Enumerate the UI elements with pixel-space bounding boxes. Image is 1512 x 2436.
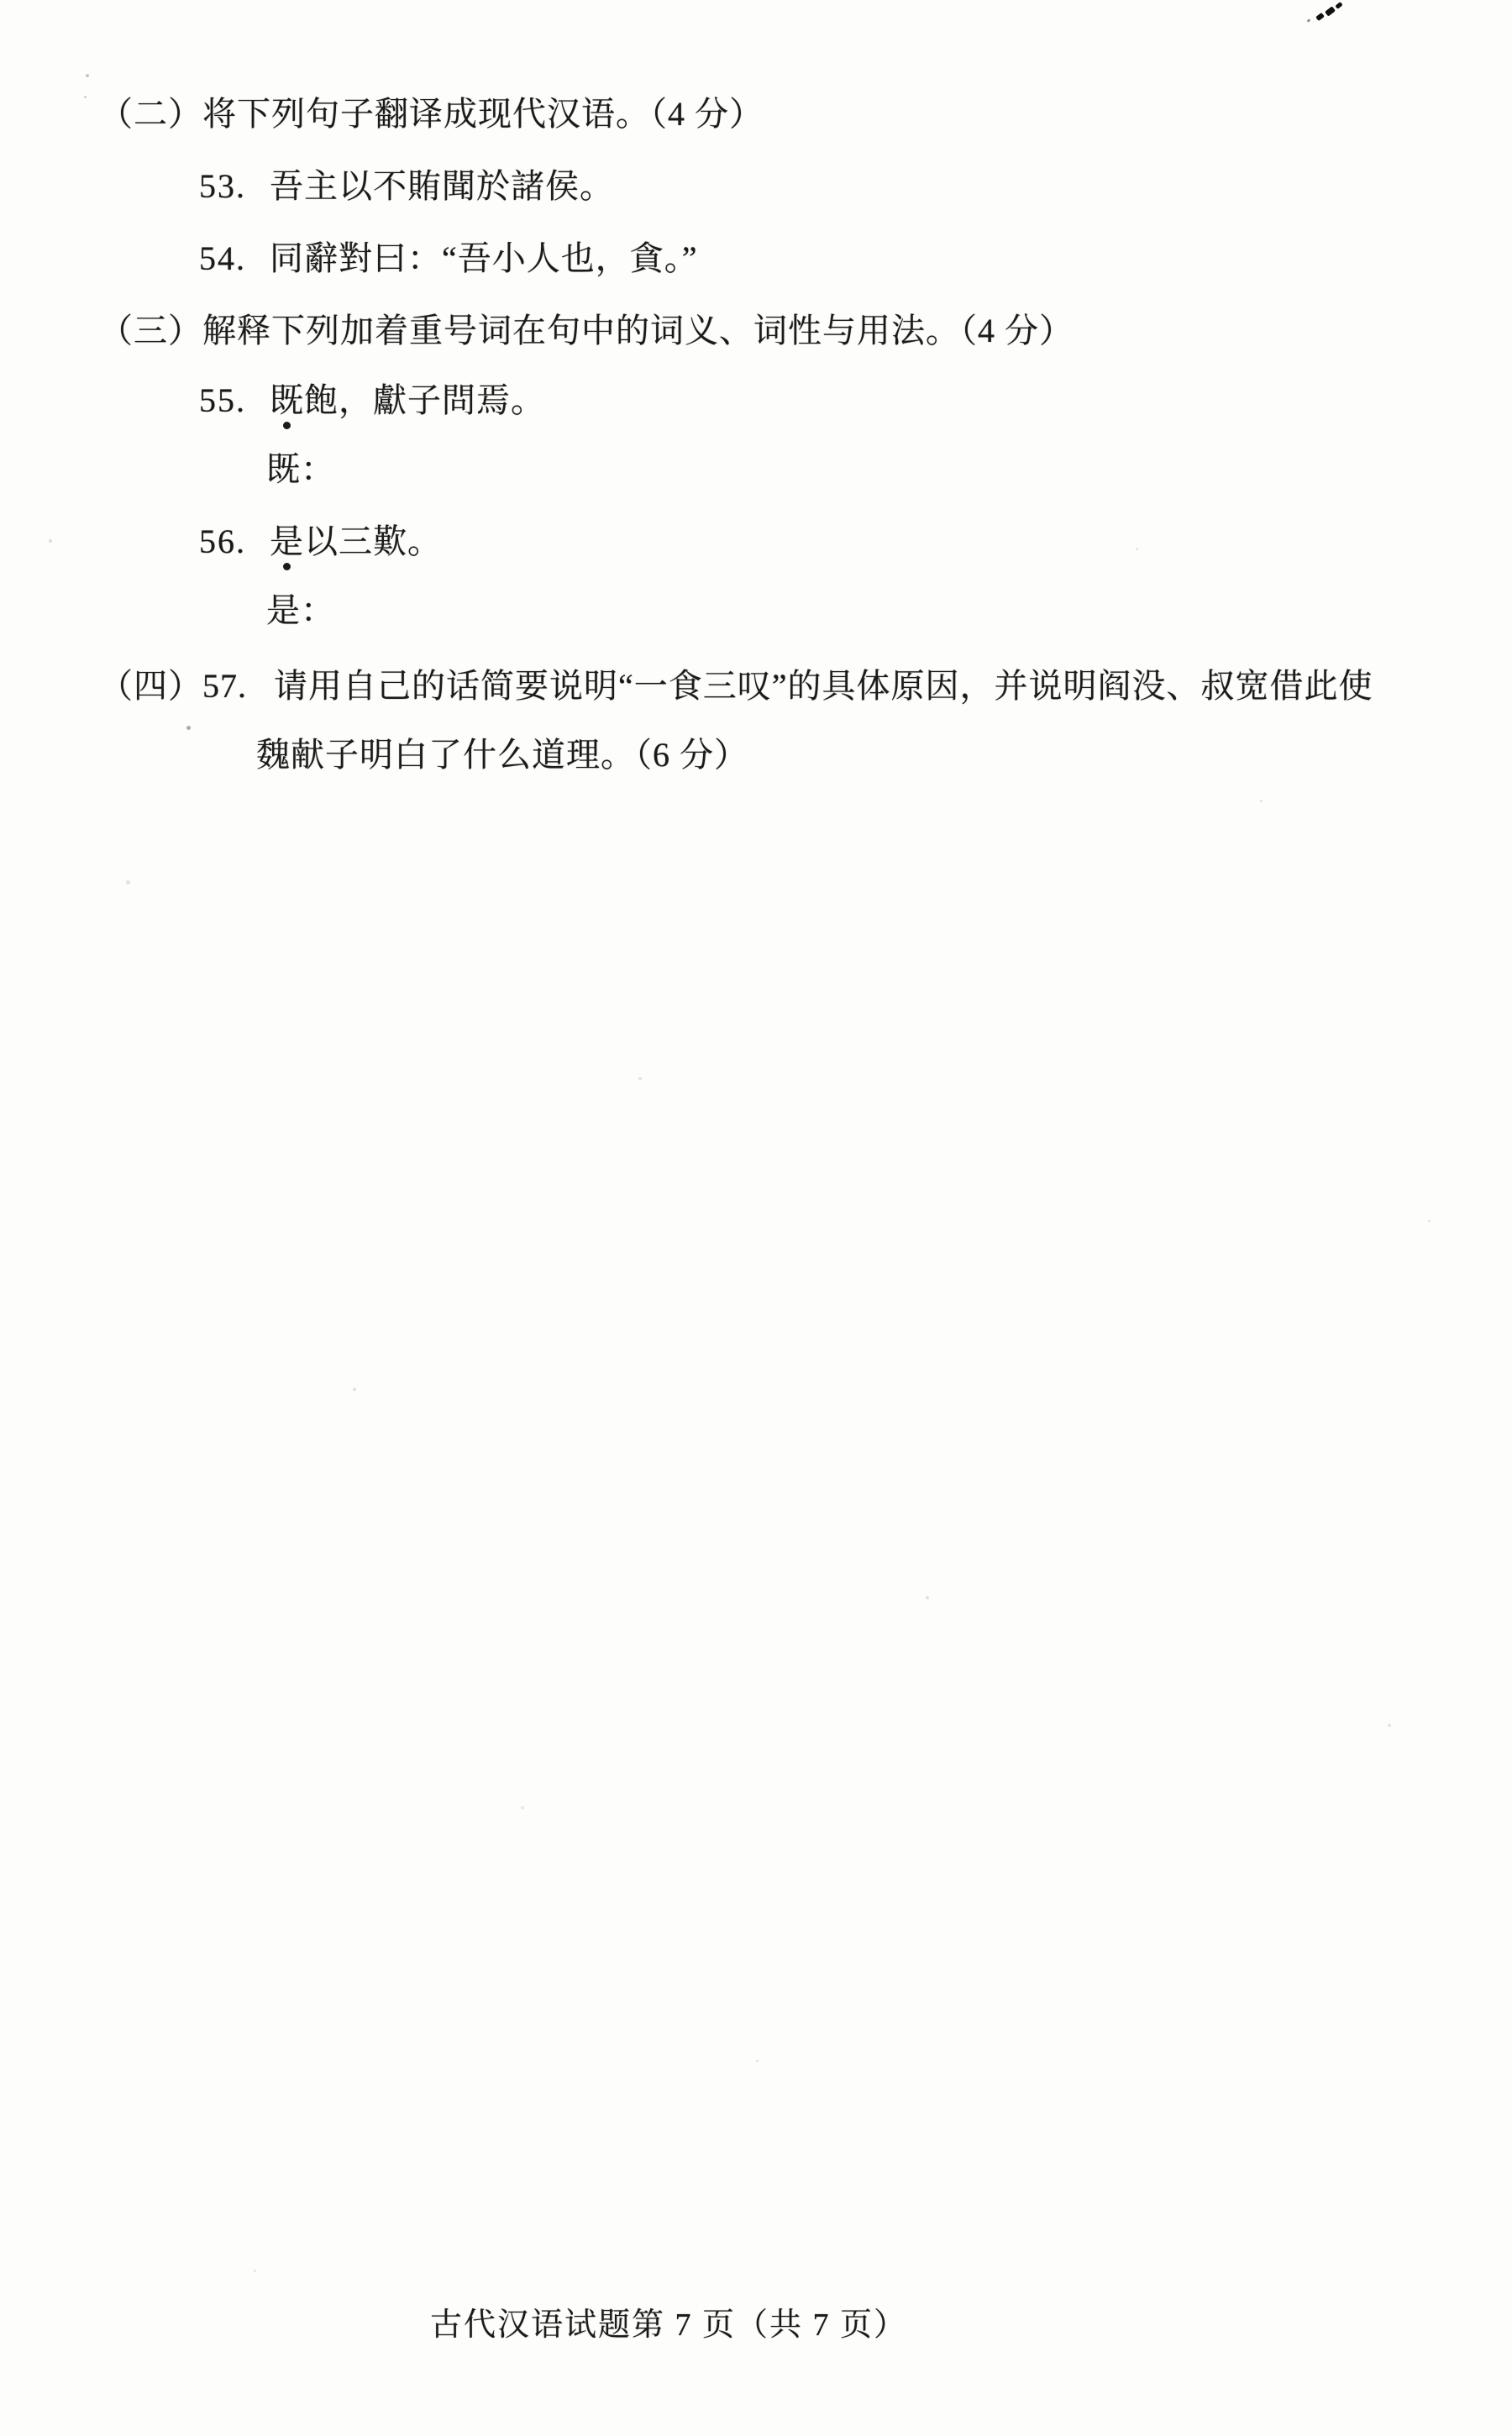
scan-speck [126, 880, 130, 885]
question-56-text: 是以三歎。 [270, 522, 442, 560]
question-53-number: 53. [199, 166, 270, 207]
scan-speck [86, 74, 89, 77]
scan-speck [1428, 1220, 1431, 1222]
emphasized-word-shi: 是 [270, 522, 304, 562]
scan-speck [638, 1077, 642, 1080]
question-53: 53.吾主以不賄聞於諸侯。 [199, 166, 614, 207]
answer-label-55: 既： [266, 449, 335, 490]
scan-speck [756, 2060, 759, 2062]
question-54-number: 54. [199, 239, 270, 279]
page-footer: 古代汉语试题第 7 页（共 7 页） [430, 2305, 907, 2345]
scan-speck [926, 1596, 929, 1599]
exam-page: （二）将下列句子翻译成现代汉语。（4 分） 53.吾主以不賄聞於諸侯。 54.同… [0, 0, 1512, 2436]
question-57-text-line1: 请用自己的话简要说明“一食三叹”的具体原因，并说明阎没、叔宽借此使 [274, 667, 1373, 705]
section-4-question-57-prefix: （四）57. [99, 667, 247, 705]
section-2-header: （二）将下列句子翻译成现代汉语。（4 分） [99, 94, 764, 134]
scan-speck [353, 1388, 356, 1391]
ink-smudge-icon [1302, 2, 1346, 29]
scan-speck [49, 539, 52, 543]
scan-speck [1388, 1724, 1391, 1727]
question-55-number: 55. [199, 381, 270, 421]
scan-speck [1260, 800, 1263, 802]
scan-speck [521, 1806, 524, 1809]
question-56: 56.是以三歎。 [199, 522, 442, 562]
question-57-line1: （四）57.请用自己的话简要说明“一食三叹”的具体原因，并说明阎没、叔宽借此使 [99, 666, 1373, 706]
scan-speck [84, 96, 87, 98]
question-56-number: 56. [199, 522, 270, 562]
answer-label-56: 是： [266, 591, 335, 631]
question-55-rest: 飽，獻子問焉。 [304, 381, 545, 419]
emphasized-word-ji: 既 [270, 381, 304, 421]
question-55-text: 既飽，獻子問焉。 [270, 381, 545, 419]
scan-speck [1136, 548, 1138, 550]
section-3-header: （三）解释下列加着重号词在句中的词义、词性与用法。（4 分） [99, 311, 1074, 351]
question-57-line2: 魏献子明白了什么道理。（6 分） [256, 735, 748, 775]
question-54-text: 同辭對曰：“吾小人也，貪。” [270, 239, 698, 277]
question-56-rest: 以三歎。 [304, 522, 442, 560]
question-54: 54.同辭對曰：“吾小人也，貪。” [199, 239, 698, 279]
scan-speck [186, 726, 191, 730]
question-55: 55.既飽，獻子問焉。 [199, 381, 545, 421]
scan-speck [254, 2270, 256, 2272]
question-53-text: 吾主以不賄聞於諸侯。 [270, 167, 614, 205]
